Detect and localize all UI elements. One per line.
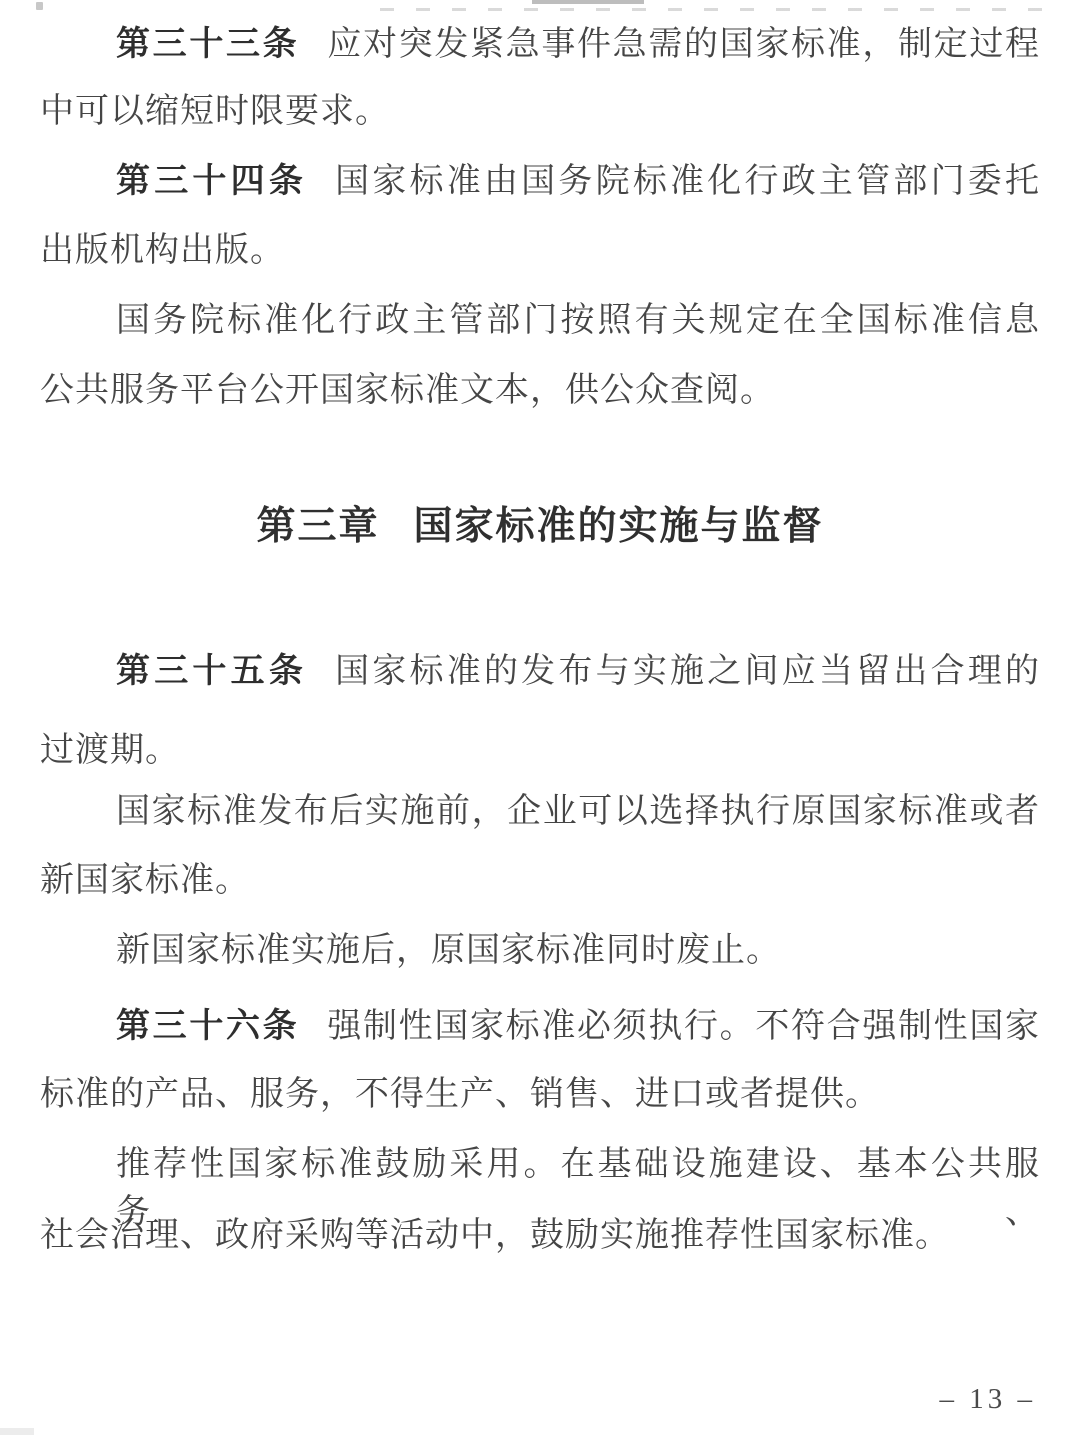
line-text: 标准的产品、服务，不得生产、销售、进口或者提供。: [40, 1076, 880, 1113]
paragraph-line: 新国家标准。: [40, 857, 1040, 905]
scan-artifact-bar: [532, 0, 644, 4]
document-page: 第三十三条应对突发紧急事件急需的国家标准，制定过程 中可以缩短时限要求。 第三十…: [0, 0, 1080, 1439]
paragraph-line: 标准的产品、服务，不得生产、销售、进口或者提供。: [40, 1071, 1040, 1119]
line-text: 新国家标准实施后，原国家标准同时废止。: [116, 932, 781, 969]
paragraph-line: 新国家标准实施后，原国家标准同时废止。: [40, 927, 1040, 975]
paragraph-line: 国家标准发布后实施前，企业可以选择执行原国家标准或者: [40, 788, 1040, 836]
line-text: 国家标准发布后实施前，企业可以选择执行原国家标准或者: [116, 793, 1040, 830]
chapter-heading: 第三章国家标准的实施与监督: [0, 504, 1080, 550]
line-text: 社会治理、政府采购等活动中，鼓励实施推荐性国家标准。: [40, 1217, 950, 1254]
paragraph-line: 中可以缩短时限要求。: [40, 88, 1040, 136]
article-number: 第三十六条: [116, 1007, 299, 1045]
paragraph-line: 出版机构出版。: [40, 227, 1040, 275]
line-text: 强制性国家标准必须执行。不符合强制性国家: [327, 1008, 1040, 1045]
paragraph-line: 过渡期。: [40, 727, 1040, 775]
line-text: 新国家标准。: [40, 862, 250, 899]
paragraph-line: 第三十四条国家标准由国务院标准化行政主管部门委托: [40, 157, 1040, 206]
paragraph-line: 第三十六条强制性国家标准必须执行。不符合强制性国家: [40, 1002, 1040, 1051]
scan-artifact-dashes: [380, 8, 1045, 11]
paragraph-line: 社会治理、政府采购等活动中，鼓励实施推荐性国家标准。: [40, 1212, 1040, 1260]
chapter-number: 第三章: [256, 505, 379, 548]
line-text: 中可以缩短时限要求。: [40, 93, 390, 130]
line-text: 国家标准由国务院标准化行政主管部门委托: [335, 163, 1040, 200]
chapter-title: 国家标准的实施与监督: [414, 505, 824, 548]
scan-artifact-speck: [36, 2, 43, 10]
page-number: – 13 –: [940, 1383, 1037, 1416]
article-number: 第三十三条: [116, 25, 299, 63]
article-number: 第三十四条: [116, 162, 307, 200]
article-number: 第三十五条: [116, 652, 307, 690]
line-text: 国务院标准化行政主管部门按照有关规定在全国标准信息: [116, 302, 1040, 339]
line-text: 公共服务平台公开国家标准文本，供公众查阅。: [40, 372, 775, 409]
line-text: 过渡期。: [40, 732, 180, 769]
line-text: 应对突发紧急事件急需的国家标准，制定过程: [327, 26, 1040, 63]
line-text: 出版机构出版。: [40, 232, 285, 269]
paragraph-line: 第三十三条应对突发紧急事件急需的国家标准，制定过程: [40, 20, 1040, 69]
line-text: 国家标准的发布与实施之间应当留出合理的: [335, 653, 1040, 690]
paragraph-line: 第三十五条国家标准的发布与实施之间应当留出合理的: [40, 647, 1040, 696]
paragraph-line: 公共服务平台公开国家标准文本，供公众查阅。: [40, 367, 1040, 415]
paragraph-line: 国务院标准化行政主管部门按照有关规定在全国标准信息: [40, 297, 1040, 345]
scan-artifact-corner: [0, 1428, 34, 1435]
